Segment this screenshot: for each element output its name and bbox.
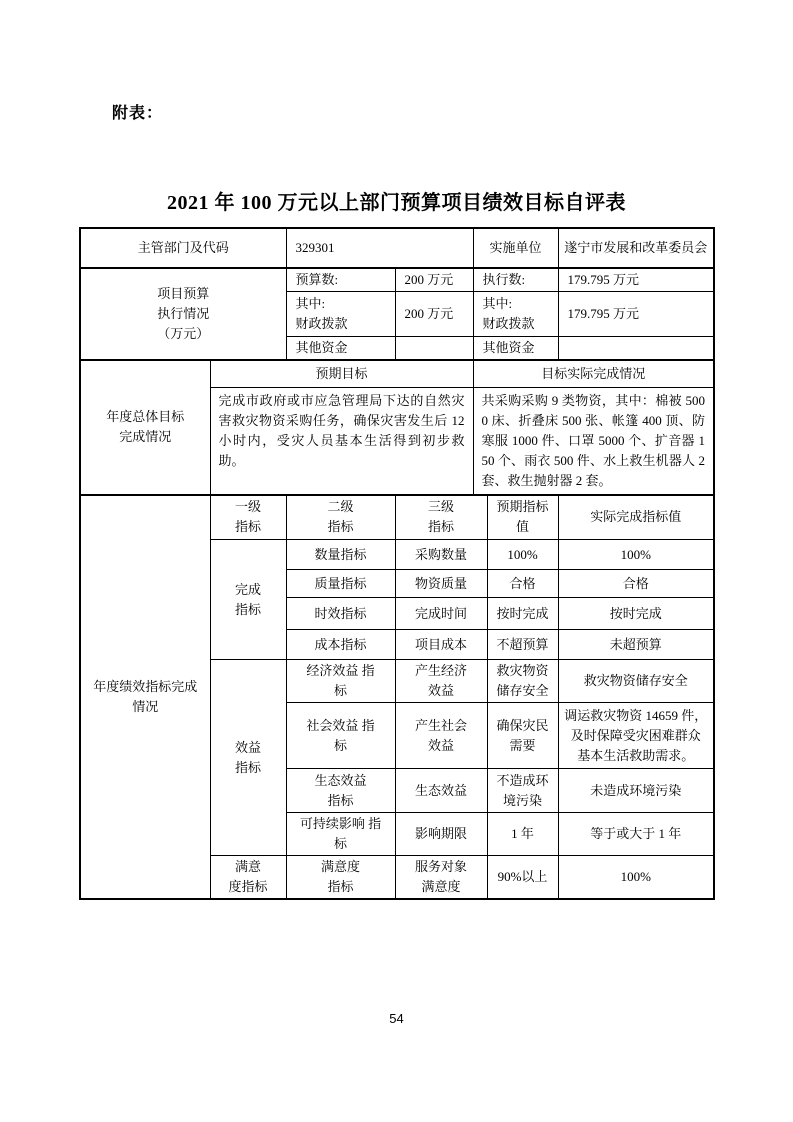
annex-label: 附表： bbox=[112, 100, 163, 123]
level3-header-cell: 三级 指标 bbox=[395, 495, 487, 540]
other-funds-exec-label-cell: 其他资金 bbox=[473, 337, 558, 361]
indicator-actual-cell: 合格 bbox=[558, 570, 714, 598]
level2-header-cell: 二级 指标 bbox=[286, 495, 395, 540]
indicator-l3-cell: 服务对象 满意度 bbox=[395, 856, 487, 900]
indicator-l2-cell: 生态效益 指标 bbox=[286, 769, 395, 813]
document-page: { "page": { "annex_label": "附表：", "title… bbox=[0, 0, 793, 1122]
indicator-actual-cell: 100% bbox=[558, 856, 714, 900]
indicator-expected-cell: 1 年 bbox=[487, 813, 558, 856]
indicator-l2-cell: 可持续影响 指 标 bbox=[286, 813, 395, 856]
indicator-l2-cell: 满意度 指标 bbox=[286, 856, 395, 900]
page-number: 54 bbox=[0, 1011, 793, 1026]
indicator-l3-cell: 物资质量 bbox=[395, 570, 487, 598]
indicator-actual-cell: 未超预算 bbox=[558, 630, 714, 660]
self-evaluation-table: 主管部门及代码 329301 实施单位 遂宁市发展和改革委员会 项目预算 执行情… bbox=[79, 227, 715, 900]
indicator-expected-cell: 确保灾民 需要 bbox=[487, 703, 558, 769]
indicator-actual-cell: 未造成环境污染 bbox=[558, 769, 714, 813]
actual-goal-header-cell: 目标实际完成情况 bbox=[473, 360, 714, 387]
group-satisfaction-label-cell: 满意 度指标 bbox=[210, 856, 286, 900]
table-row: 年度总体目标 完成情况 预期目标 目标实际完成情况 bbox=[80, 360, 714, 387]
indicator-l2-cell: 时效指标 bbox=[286, 598, 395, 630]
dept-label-cell: 主管部门及代码 bbox=[80, 228, 286, 268]
indicator-l2-cell: 社会效益 指 标 bbox=[286, 703, 395, 769]
indicator-expected-cell: 不造成环 境污染 bbox=[487, 769, 558, 813]
budget-number-value-cell: 200 万元 bbox=[395, 268, 473, 292]
expected-goal-header-cell: 预期目标 bbox=[210, 360, 473, 387]
indicator-l3-cell: 项目成本 bbox=[395, 630, 487, 660]
indicator-actual-cell: 救灾物资储存安全 bbox=[558, 660, 714, 703]
unit-name-cell: 遂宁市发展和改革委员会 bbox=[558, 228, 714, 268]
fiscal-exec-value-cell: 179.795 万元 bbox=[558, 292, 714, 337]
indicator-l2-cell: 成本指标 bbox=[286, 630, 395, 660]
expected-value-header-cell: 预期指标 值 bbox=[487, 495, 558, 540]
group-benefit-label-cell: 效益 指标 bbox=[210, 660, 286, 856]
indicator-l2-cell: 质量指标 bbox=[286, 570, 395, 598]
fiscal-budget-value-cell: 200 万元 bbox=[395, 292, 473, 337]
other-funds-budget-value-cell bbox=[395, 337, 473, 361]
indicator-actual-cell: 等于或大于 1 年 bbox=[558, 813, 714, 856]
indicator-expected-cell: 不超预算 bbox=[487, 630, 558, 660]
page-title: 2021 年 100 万元以上部门预算项目绩效目标自评表 bbox=[0, 186, 793, 215]
indicator-actual-cell: 按时完成 bbox=[558, 598, 714, 630]
actual-value-header-cell: 实际完成指标值 bbox=[558, 495, 714, 540]
table-row: 主管部门及代码 329301 实施单位 遂宁市发展和改革委员会 bbox=[80, 228, 714, 268]
indicator-expected-cell: 救灾物资 储存安全 bbox=[487, 660, 558, 703]
indicator-l3-cell: 产生社会 效益 bbox=[395, 703, 487, 769]
indicator-l2-cell: 经济效益 指 标 bbox=[286, 660, 395, 703]
fiscal-exec-label-cell: 其中: 财政拨款 bbox=[473, 292, 558, 337]
exec-number-label-cell: 执行数: bbox=[473, 268, 558, 292]
indicator-l3-cell: 影响期限 bbox=[395, 813, 487, 856]
group-completion-label-cell: 完成 指标 bbox=[210, 540, 286, 660]
indicator-l3-cell: 产生经济 效益 bbox=[395, 660, 487, 703]
indicator-l3-cell: 完成时间 bbox=[395, 598, 487, 630]
indicators-section-label-cell: 年度绩效指标完成 情况 bbox=[80, 495, 210, 900]
indicator-l3-cell: 采购数量 bbox=[395, 540, 487, 570]
indicator-actual-cell: 调运救灾物资 14659 件， 及时保障受灾困难群众 基本生活救助需求。 bbox=[558, 703, 714, 769]
budget-number-label-cell: 预算数: bbox=[286, 268, 395, 292]
dept-code-cell: 329301 bbox=[286, 228, 473, 268]
level1-header-cell: 一级 指标 bbox=[210, 495, 286, 540]
indicator-expected-cell: 合格 bbox=[487, 570, 558, 598]
fiscal-budget-label-cell: 其中: 财政拨款 bbox=[286, 292, 395, 337]
indicator-expected-cell: 按时完成 bbox=[487, 598, 558, 630]
other-funds-exec-value-cell bbox=[558, 337, 714, 361]
budget-section-label-cell: 项目预算 执行情况 （万元） bbox=[80, 268, 286, 360]
table-row: 年度绩效指标完成 情况 一级 指标 二级 指标 三级 指标 预期指标 值 实际完… bbox=[80, 495, 714, 540]
other-funds-budget-label-cell: 其他资金 bbox=[286, 337, 395, 361]
indicator-l3-cell: 生态效益 bbox=[395, 769, 487, 813]
indicator-actual-cell: 100% bbox=[558, 540, 714, 570]
indicator-expected-cell: 100% bbox=[487, 540, 558, 570]
exec-number-value-cell: 179.795 万元 bbox=[558, 268, 714, 292]
indicator-l2-cell: 数量指标 bbox=[286, 540, 395, 570]
actual-goal-text-cell: 共采购采购 9 类物资，其中：棉被 5000 床、折叠床 500 张、帐篷 40… bbox=[473, 387, 714, 495]
expected-goal-text-cell: 完成市政府或市应急管理局下达的自然灾害救灾物资采购任务，确保灾害发生后 12 小… bbox=[210, 387, 473, 495]
unit-label-cell: 实施单位 bbox=[473, 228, 558, 268]
table-row: 项目预算 执行情况 （万元） 预算数: 200 万元 执行数: 179.795 … bbox=[80, 268, 714, 292]
indicator-expected-cell: 90%以上 bbox=[487, 856, 558, 900]
annual-goal-section-label-cell: 年度总体目标 完成情况 bbox=[80, 360, 210, 495]
